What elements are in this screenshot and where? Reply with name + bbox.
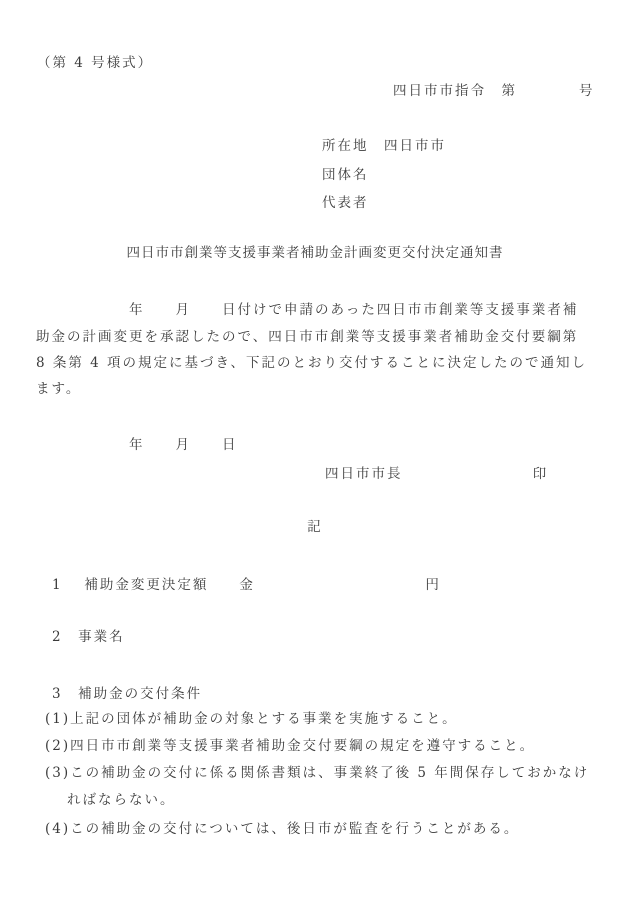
- mayor-signature-line: 四日市市長 印: [325, 467, 548, 482]
- recipient-representative-label: 代表者: [322, 196, 369, 211]
- issue-date-line: 年 月 日: [36, 438, 238, 453]
- directive-number-line: 四日市市指令 第 号: [393, 84, 595, 99]
- item-subsidy-amount-line: 1 補助金変更決定額 金 円: [52, 578, 441, 593]
- recipient-organization-label: 団体名: [322, 168, 369, 183]
- condition-line-2: (2)四日市市創業等支援事業者補助金交付要綱の規定を遵守すること。: [45, 739, 535, 754]
- ki-marker: 記: [0, 520, 630, 535]
- condition-line-1: (1)上記の団体が補助金の対象とする事業を実施すること。: [45, 712, 458, 727]
- item-project-name-line: 2 事業名: [52, 630, 125, 645]
- document-title: 四日市市創業等支援事業者補助金計画変更交付決定通知書: [0, 246, 630, 261]
- condition-line-4: (4)この補助金の交付については、後日市が監査を行うことがある。: [45, 822, 519, 837]
- body-paragraph-line-2: 助金の計画変更を承認したので、四日市市創業等支援事業者補助金交付要綱第: [36, 330, 578, 345]
- body-paragraph-line-4: ます。: [36, 382, 81, 397]
- recipient-address-line: 所在地 四日市市: [322, 139, 446, 154]
- form-number-label: （第 4 号様式）: [37, 56, 153, 71]
- condition-line-3: (3)この補助金の交付に係る関係書類は、事業終了後 5 年間保存しておかなけ: [45, 766, 589, 781]
- body-paragraph-line-3: 8 条第 4 項の規定に基づき、下記のとおり交付することに決定したので通知し: [36, 356, 587, 371]
- document-page: （第 4 号様式） 四日市市指令 第 号 所在地 四日市市 団体名 代表者 四日…: [0, 0, 630, 915]
- condition-line-3-continued: ればならない。: [67, 793, 176, 808]
- body-paragraph-line-1: 年 月 日付けで申請のあった四日市市創業等支援事業者補: [36, 303, 578, 318]
- item-conditions-heading: 3 補助金の交付条件: [52, 687, 202, 702]
